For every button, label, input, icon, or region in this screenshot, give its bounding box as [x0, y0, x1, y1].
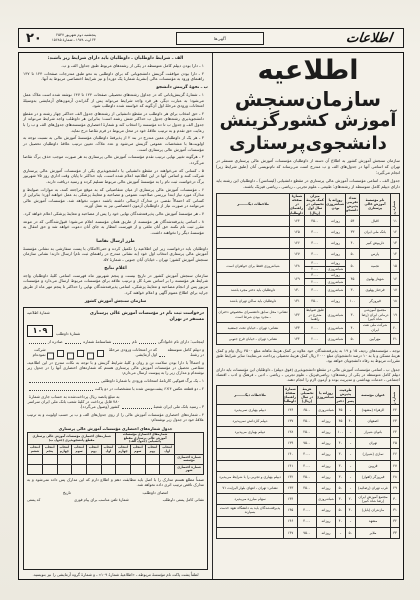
table-cell: نشانی: تهران ـ خیابان تخت جمشید	[217, 322, 290, 333]
table-cell: ۲۰۰۰	[305, 322, 326, 333]
table-cell: دیپلم کاردانش نمی‌پذیرد	[217, 415, 284, 426]
table-cell: ۱۷	[391, 285, 400, 296]
table-cell: ۲۴	[391, 427, 400, 438]
table-cell: ۳۰	[336, 460, 346, 471]
condition-item: ۱ ـ دارا بودن دیپلم کامل متوسطه در یکی ا…	[23, 63, 208, 69]
table-cell: ۱۲۷	[290, 249, 305, 260]
col-notes: ملاحظات دیگــــــــر	[217, 386, 284, 404]
table-a-note: توجه ـ مؤسسه‌های ردیف ۱۵ و ۱۹ به پذیرفته…	[216, 348, 400, 364]
col-type: روزانه یا شبانه‌روزی	[317, 386, 336, 404]
mini-empty-cell	[101, 454, 116, 464]
table-cell: ۱۲۵	[290, 227, 305, 238]
table-cell: ۴۰	[346, 505, 356, 516]
mini-empty-cell	[116, 464, 131, 474]
date-block: پنجشنبه دوم شهریور ۲۵۳۷ ۲۴ اوت ۱۹۷۸ ـ شم…	[52, 33, 96, 44]
table-cell: ۴۰	[336, 438, 346, 449]
table-cell: شرکت ملی نفت ایران	[360, 322, 391, 333]
table-cell	[217, 438, 284, 449]
table-cell: ۴۵۰۰	[305, 296, 326, 307]
table-row: ۲۵تهرانـ۴۰روزانه۷۵۰۰۱۳۹	[217, 438, 400, 449]
table-cell: ۱۴۱	[284, 460, 298, 471]
table-cell: فیروزگر (اهواز)	[356, 471, 391, 482]
table-cell: دیپلم بهیاری نمی‌پذیرد	[217, 404, 284, 415]
col-cost: هزینهٔ تحصیلی در سال (ریال)	[298, 386, 317, 404]
table-cell: ۴۰۰۰	[298, 460, 317, 471]
table-cell	[217, 238, 290, 249]
table-cell: ۳۰۰۰	[305, 249, 326, 260]
table-cell: ۱۱	[391, 216, 400, 227]
table-cell: ۳۰	[336, 471, 346, 482]
mini-choice-header: انتخاب چهارم	[116, 445, 131, 454]
org-title-line: آموزش کشورگزینش	[216, 112, 400, 131]
table-cell: قزوین	[356, 460, 391, 471]
mini-empty-cell	[42, 454, 57, 464]
attachment-label: به مبلغ پانصد ریال پرداخت‌شده به حساب جا…	[27, 394, 120, 410]
table-cell: پذیرفته‌شدگان باید به دانشگاه تعهد خدمت …	[217, 505, 284, 516]
candidate-number-cell	[57, 350, 64, 357]
form-title: درخواست ثبت نام در مؤسسات آموزش عالی پرس…	[84, 311, 204, 322]
attachment-label: ۲ ـ دو قطعه عکس ۴×۶ پشت‌نویس شده با مشخص…	[95, 386, 204, 391]
mini-empty-cell	[57, 454, 72, 464]
table-cell: ۴۵۰۰	[305, 216, 326, 227]
col-notes: ملاحظات دیگــــــــر	[217, 193, 290, 216]
table-row: ۱۴پارس۵۰روزانه۳۰۰۰۱۲۷	[217, 249, 400, 260]
table-cell: ۳۰۰۰	[305, 285, 326, 296]
table-cell: ۲۸	[391, 471, 400, 482]
table-cell: ۱۳۶	[284, 404, 298, 415]
table-cell: ۱۳۲	[290, 307, 305, 322]
table-cell: ۴۵	[336, 415, 346, 426]
table-cell: ـ	[346, 483, 356, 494]
postal-code-label: کد پستی	[27, 498, 40, 503]
address-row: نشانی کامل پستی داوطلب شمارهٔ تلفن مناسب…	[27, 498, 204, 503]
mini-choice-header: انتخاب دوم	[145, 445, 160, 454]
table-cell: ۳۰۰۰۲۰۰۰	[305, 260, 326, 273]
form-closing-paragraph: ضمناً مطلع هستم مدارک را با اصل باید مطا…	[27, 477, 204, 488]
table-cell: ـ	[346, 471, 356, 482]
col-type: روزانه یا شبانه‌روزی بودن	[326, 193, 346, 216]
table-cell: ۷۵۰۰	[298, 438, 317, 449]
table-cell: الزهراء (مشهد)	[356, 404, 391, 415]
table-cell: ۱۶	[391, 272, 400, 285]
date-line-2: ۲۴ اوت ۱۹۷۸ ـ شمارهٔ ۱۵۶۸۵	[52, 38, 96, 43]
table-cell: ۲۵۰۰	[298, 427, 317, 438]
table-cell: روزانه	[317, 415, 336, 426]
mini-empty-cell	[28, 464, 43, 474]
table-cell: ۳۳	[346, 227, 360, 238]
attachment-item: ۳ ـ رسید بانک ملی ایران شعبهٔ به مبلغ پا…	[27, 394, 204, 410]
form-paragraph: و احتمالاً با دارا بودن سلامت تن و روان …	[27, 360, 204, 376]
table-row: ۳۰مجتمع آموزش ایران (رضا شاه کبیر)۲۰۳۰شب…	[217, 494, 400, 505]
candidate-number-cell	[97, 350, 104, 357]
table-b-header: شمارهٔ ردیف عنوان مؤسسه ظرفیت پذیرش روزا…	[217, 386, 400, 404]
table-cell: دیپلم بهیاری و تجربی را با شرایط می‌پذیر…	[217, 471, 284, 482]
conditions-heading: الف ـ شرایط داوطلبان ـ داوطلبان باید دار…	[23, 56, 208, 61]
field-label: و دیپلم کامل متوسطه در رشتهٔ	[167, 347, 204, 357]
table-cell: ۱۳۳	[290, 322, 305, 333]
col-boys: پسر	[346, 397, 356, 404]
table-cell: ۷۵۰۰	[298, 527, 317, 538]
table-cell: روزانه	[317, 449, 336, 460]
table-cell: روزانه	[317, 427, 336, 438]
table-row: ۱۹مجتمع آموزشی درمانی ایران (رضا شاه کبی…	[217, 307, 400, 322]
table-cell: روزانه	[317, 483, 336, 494]
candidate-number-cell	[77, 350, 84, 357]
table-cell: ۱۳۷	[284, 415, 298, 426]
mini-choice-header: انتخاب اول	[101, 445, 116, 454]
table-cell: روزانه	[317, 516, 336, 527]
table-cell: ۲۰۰۰	[305, 333, 326, 344]
table-cell: نشانی: محل سابق دانشسرای مخصوص دختران ـ …	[217, 307, 290, 322]
table-cell: ۱۴۷	[284, 527, 298, 538]
col-capacity-group: ظرفیت پذیرش	[336, 386, 356, 398]
mini-empty-cell	[86, 454, 101, 464]
table-cell	[217, 216, 290, 227]
table-b: شمارهٔ ردیف عنوان مؤسسه ظرفیت پذیرش روزا…	[216, 385, 400, 536]
selection-item: ۳ ـ هر یک از داوطلبان معین مندرج در بند …	[23, 135, 208, 152]
table-cell: ۱۴	[391, 249, 400, 260]
mini-empty-cell	[86, 464, 101, 474]
table-cell: ۱۹	[391, 307, 400, 322]
table-cell: فرحناز پهلوی	[360, 285, 391, 296]
notice-number-label: شمارهٔ اطلاعیه	[27, 311, 50, 316]
table-cell: طبق ضوابط مندرج در راهنما	[305, 307, 326, 322]
table-cell: ۱۲۸	[290, 260, 305, 273]
table-cell: روزانه	[326, 249, 346, 260]
mini-group-header: شماره‌های اختصاری مؤسسات آموزش عالی پرست…	[116, 432, 175, 445]
col-count: تعداد تقریبی پذیرش دانشجو	[346, 193, 360, 216]
form-diploma-line: و دیپلم کامل متوسطه در رشتهٔ که در امتحا…	[27, 347, 204, 357]
table-cell: ۴۵۰۰	[298, 483, 317, 494]
col-cost: میزان کمک هزینهٔ تحصیلی در سال اول (ریال…	[305, 193, 326, 216]
table-row: ۲۶نمازی (شیراز)ـ۳۰روزانه۴۰۰۰۱۴۰	[217, 449, 400, 460]
attachment-item: ۱ ـ یک برگ فتوکپی کارنامهٔ امتحانات ورود…	[27, 378, 204, 383]
mini-choice-header: انتخاب اول	[160, 445, 175, 454]
col-institution: نام مؤسسهٔ آموزش عالی پرستاری	[360, 193, 391, 216]
table-cell: ۱۲	[391, 227, 400, 238]
table-a-intro: جدول الف ـ اسامی مؤسسات آموزش عالی پرستا…	[216, 178, 400, 189]
mini-choice-header: انتخاب پنجم	[42, 445, 57, 454]
organization-signature: سازمان سنجش آموزش کشور	[23, 298, 208, 303]
mini-empty-cell	[101, 464, 116, 474]
table-cell: ملایر	[356, 527, 391, 538]
table-cell: ۳۳	[391, 527, 400, 538]
table-cell: ۳۰	[336, 494, 346, 505]
table-cell: ۵۰	[346, 333, 360, 344]
newspaper-logo: اطلاعات	[339, 31, 399, 46]
table-cell: روزانهشبانه‌روزی	[326, 260, 346, 273]
table-cell: ۲۵	[391, 438, 400, 449]
table-cell	[217, 249, 290, 260]
table-cell: روزانه	[317, 505, 336, 516]
table-cell: ۱۴۳	[284, 483, 298, 494]
col-page: شمارهٔ صفحهٔ راهنمای داوطلبان	[284, 386, 298, 404]
mini-empty-cell	[72, 454, 87, 464]
table-cell: ۵۰	[346, 260, 360, 273]
table-row: ۱۳داریوش کبیر۴۰روزانه۳۰۰۰۱۲۶	[217, 238, 400, 249]
col-institution: عنوان مؤسسه	[356, 386, 391, 404]
table-cell: روزانه	[326, 238, 346, 249]
table-cell: ۴۰	[336, 516, 346, 527]
table-row: ۳۱مازندران (بابل)۴۰۵۰روزانه۴۰۰۰۱۴۵پذیرفت…	[217, 505, 400, 516]
selection-heading: ب ـ نحوهٔ گزینش دانشجو	[23, 85, 208, 90]
send-heading: طرز ارسال تقاضا	[23, 239, 208, 244]
signature-row: امضای داوطلب تاریخ	[27, 490, 204, 495]
table-cell: غرب تهران (رضائیه)	[356, 483, 391, 494]
col-page: شمارهٔ صفحه در راهنمای داوطلبان	[290, 193, 305, 216]
table-row: ۲۳اصفهان۴۰۴۵روزانه۴۵۰۰۱۳۷دیپلم کاردانش ن…	[217, 415, 400, 426]
table-cell: ۳۲	[391, 516, 400, 527]
send-paragraph: داوطلبان باید درخواست زیر این اطلاعیه را…	[23, 246, 208, 263]
attachment-item: ۲ ـ دو قطعه عکس ۴×۶ پشت‌نویس شده با مشخص…	[27, 386, 204, 391]
table-cell: ۵۰	[336, 505, 346, 516]
newspaper-page: { "header": { "page_no": "۲۰", "date_lin…	[0, 0, 420, 600]
abbreviation-table-title: جدول شماره‌های اختصاری مؤسسات آموزش عالی…	[27, 426, 204, 431]
table-cell: ۱۴۰	[284, 449, 298, 460]
table-cell: داوطلبان باید دختر مجرد باشند	[217, 285, 290, 296]
table-cell: ۲۷	[391, 460, 400, 471]
application-form: درخواست ثبت نام در مؤسسات آموزش عالی پرس…	[23, 307, 208, 570]
table-cell: ـ	[346, 516, 356, 527]
abbreviation-table-section: جدول شماره‌های اختصاری مؤسسات آموزش عالی…	[27, 426, 204, 475]
mini-empty-cell	[130, 454, 145, 464]
table-cell: ۵۰	[346, 527, 356, 538]
ads-label-box: آگهی‌ها	[176, 32, 264, 45]
table-cell: ـ	[346, 449, 356, 460]
table-cell: ۱۸	[391, 296, 400, 307]
table-cell: ۲۳	[391, 415, 400, 426]
page-number: ۲۰	[26, 31, 42, 46]
field-label: اینجانب: دارای نام خانوادگی	[158, 339, 204, 344]
field-label: شناسنامهٔ شماره	[83, 339, 111, 344]
org-title-line: دانشجوی‌پرستاری	[216, 134, 400, 154]
table-cell: مجتمع آموزش ایران (رضا شاه کبیر)	[356, 494, 391, 505]
field-label: شرکت نموده‌ام	[27, 347, 46, 357]
mini-empty-cell	[57, 464, 72, 474]
results-paragraph: سازمان سنجش آموزش کشور در تاریخ بیست و پ…	[23, 273, 208, 296]
table-cell: ۱۴۲	[284, 471, 298, 482]
mini-table: شماره‌های اختصاری مؤسسات آموزش عالی پرست…	[27, 432, 204, 475]
notice-title: اطلاعیه	[216, 57, 400, 85]
table-row: ۱۵نجمیه۵۰روزانهشبانه‌روزی۳۰۰۰۲۰۰۰۱۲۸شبان…	[217, 260, 400, 273]
table-cell: اصفهان	[356, 415, 391, 426]
condition-item: ۲ ـ دارا بودن موافقت گزینش دانشجویانی که…	[23, 71, 208, 82]
table-cell: ۱۳۱	[290, 296, 305, 307]
table-cell: ۲۰	[391, 322, 400, 333]
table-cell	[217, 460, 284, 471]
table-cell: فیروزگر	[360, 296, 391, 307]
table-cell: ۴۰	[346, 238, 360, 249]
table-cell: ۴۰۰۰	[298, 449, 317, 460]
left-column: الف ـ شرایط داوطلبان ـ داوطلبان باید دار…	[19, 53, 212, 579]
attachment-label: ۱ ـ یک برگ فتوکپی کارنامهٔ امتحانات ورود…	[101, 378, 204, 383]
table-cell: روزانه	[326, 296, 346, 307]
selection-item: ۷ ـ هر مؤسسهٔ آموزش عالی پذیرفته‌شدگان ن…	[23, 211, 208, 217]
table-cell: روزانهشبانه‌روزی	[326, 272, 346, 285]
mini-empty-cell	[116, 454, 131, 464]
col-row-number: شمارهٔ ردیف	[391, 386, 400, 404]
mini-empty-cell	[145, 454, 160, 464]
right-column: اطلاعیه سازمان‌سنجش آموزش کشورگزینش دانش…	[212, 53, 403, 579]
selection-item: ۲ ـ حق انتخاب برای هر داوطلب در مقطع دان…	[23, 111, 208, 134]
table-cell: ـ	[346, 427, 356, 438]
date-label: تاریخ	[63, 490, 71, 495]
table-cell: شبانه‌روزی	[317, 404, 336, 415]
table-cell: مجتمع آموزشی درمانی ایران (رضا شاه کبیر)	[360, 307, 391, 322]
table-row: ۱۸فیروزگر۱۰۰روزانه۴۵۰۰۱۳۱داوطلبان باید س…	[217, 296, 400, 307]
table-cell: ۱۲۹	[290, 272, 305, 285]
table-cell: ۲۰	[346, 494, 356, 505]
mini-empty-cell	[160, 464, 175, 474]
form-item-4: ۴ ـ شماره‌های اختصاری مؤسسات آموزش عالی …	[27, 412, 204, 423]
col-girls: دختر	[336, 397, 346, 404]
table-cell: شهناز پهلوی	[360, 272, 391, 285]
table-cell: روزانه	[326, 216, 346, 227]
form-fields-line: اینجانب: دارای نام خانوادگی نام شناسنامه…	[27, 339, 204, 344]
table-cell: ـ	[346, 404, 356, 415]
table-cell	[298, 494, 317, 505]
table-cell: ۱۲۶	[290, 238, 305, 249]
table-row: ۲۱مهرآیین۵۰شبانه‌روزی۲۰۰۰۱۳۴نشانی: تهران…	[217, 333, 400, 344]
table-row: ۱۷فرحناز پهلوی۳۰شبانه‌روزی۳۰۰۰۱۳۰داوطلبا…	[217, 285, 400, 296]
mini-choice-header: انتخاب چهارم	[57, 445, 72, 454]
table-cell: روزانه	[317, 460, 336, 471]
table-cell: ۲۲	[391, 404, 400, 415]
table-cell: شبانه‌روزی	[326, 285, 346, 296]
header-bar: اطلاعات آگهی‌ها پنجشنبه دوم شهریور ۲۵۳۷ …	[18, 28, 404, 48]
mini-empty-cell	[145, 464, 160, 474]
table-cell: داریوش کبیر	[360, 238, 391, 249]
mini-choice-header: انتخاب سوم	[72, 445, 87, 454]
table-cell: اقبال	[360, 216, 391, 227]
table-cell: پارس	[360, 249, 391, 260]
table-cell: نشانی: تهران ـ خیابان فرح جنوبی	[217, 333, 290, 344]
table-cell: ۴۵	[346, 272, 360, 285]
org-title-line: سازمان‌سنجش	[216, 88, 400, 110]
table-cell: ۳۰	[336, 449, 346, 460]
table-row: ۳۳ملایر۵۰ـروزانه۷۵۰۰۱۴۷	[217, 527, 400, 538]
table-cell: ۱۴۴	[284, 494, 298, 505]
table-cell: تهران	[356, 438, 391, 449]
table-row: ۲۷قزوینـ۳۰روزانه۴۰۰۰۱۴۱	[217, 460, 400, 471]
table-cell: ـ	[336, 527, 346, 538]
table-cell: ۱۴۵	[284, 505, 298, 516]
mini-empty-cell	[160, 454, 175, 464]
table-cell: روزانه	[317, 527, 336, 538]
table-row: ۲۴بانوان شیرازـ۱۰۰روزانه۲۵۰۰۱۳۸دیپلم بهی…	[217, 427, 400, 438]
results-heading: اعلام نتایج	[23, 266, 208, 271]
selection-item: ۶ ـ مؤسسات آموزش عالی پرستاری از میان مت…	[23, 187, 208, 210]
table-cell: ۴۵۰۰	[298, 415, 317, 426]
table-cell: ۵۴	[346, 216, 360, 227]
mini-empty-cell	[72, 464, 87, 474]
mini-table-row: شمارهٔ اختصاری مؤسسه	[28, 454, 204, 464]
table-cell: ۶۵۰۰	[298, 404, 317, 415]
mini-group-header: شماره‌های اختصاری مؤسسات آموزش عالی پرست…	[28, 432, 116, 445]
mini-choice-header: انتخاب ششم	[28, 445, 43, 454]
table-cell	[217, 272, 290, 285]
table-cell: روزانه	[317, 471, 336, 482]
field-label: که در امتحانات ورودی مرحلهٔ اول آزمایشی	[106, 347, 158, 357]
table-row: ۲۸فیروزگر (اهواز)ـ۳۰روزانه۴۵۰۰۱۴۲دیپلم ب…	[217, 471, 400, 482]
address-label: نشانی کامل پستی داوطلب	[163, 498, 204, 503]
table-cell: ۴۵	[336, 404, 346, 415]
notice-number-box: ۱۰۹	[27, 325, 53, 337]
table-cell: ۴۰	[346, 415, 356, 426]
table-cell: ۱۴۶	[284, 516, 298, 527]
field-label: صادره از	[48, 339, 63, 344]
table-cell: ۴۰۰۰	[298, 505, 317, 516]
table-row: ۱۲بانک ملی ایران۳۳روزانه۳۰۰۰۱۲۵	[217, 227, 400, 238]
table-cell: شبانه‌روزی	[326, 333, 346, 344]
mini-corner-cell	[175, 432, 204, 454]
table-cell: ۳۰	[346, 307, 360, 322]
table-cell: دیپلم بهیاری می‌پذیرد	[217, 427, 284, 438]
intro-paragraph: سازمان سنجش آموزش کشور به اطلاع آن دسته …	[216, 158, 400, 175]
table-cell: ۲۱	[391, 333, 400, 344]
table-cell: ۱۵	[391, 260, 400, 273]
table-row: ۲۲الزهراء (مشهد)ـ۴۵شبانه‌روزی۶۵۰۰۱۳۶دیپل…	[217, 404, 400, 415]
notice-main-box: اطلاعیه سازمان‌سنجش آموزش کشورگزینش دانش…	[18, 52, 404, 580]
table-cell: مازندران (بابل)	[356, 505, 391, 516]
table-cell: شبانه‌روزی	[326, 307, 346, 322]
table-cell: ۳۰۰۰۲۰۰۰	[305, 272, 326, 285]
table-row: ۲۰شرکت ملی نفت ایران۴۰شبانه‌روزی۲۰۰۰۱۳۳ن…	[217, 322, 400, 333]
table-cell: ۲۹	[391, 483, 400, 494]
table-cell: ۳۰۰۰	[305, 227, 326, 238]
ads-label: آگهی‌ها	[214, 36, 226, 41]
table-cell: شبانه‌روزی	[317, 494, 336, 505]
table-cell: روزانه	[326, 227, 346, 238]
table-cell: نشانی: تهران ـ انتهای بلوار الیزابت ۷۱	[217, 483, 284, 494]
table-a-header: شمارهٔ ردیف نام مؤسسهٔ آموزش عالی پرستار…	[217, 193, 400, 216]
table-cell: ۳۰	[346, 285, 360, 296]
table-a: شمارهٔ ردیف نام مؤسسهٔ آموزش عالی پرستار…	[216, 193, 400, 345]
footnote: لطفاً پشت پاکت نام مؤسسهٔ مربوطه ـ «اطلا…	[23, 572, 208, 577]
table-cell: ـ	[346, 460, 356, 471]
table-row: ۱۶شهناز پهلوی۴۵روزانهشبانه‌روزی۳۰۰۰۲۰۰۰۱…	[217, 272, 400, 285]
table-cell	[217, 227, 290, 238]
table-row: ۱۱اقبال۵۴روزانه۴۵۰۰۱۲۴	[217, 216, 400, 227]
attachment-label: ۳ ـ رسید بانک ملی ایران شعبهٔ	[154, 404, 205, 409]
candidate-number-cell	[67, 353, 74, 360]
table-cell: ۱۳	[391, 238, 400, 249]
mini-choice-header: انتخاب سوم	[130, 445, 145, 454]
table-cell: شبانه‌روزی فقط برای خواهران است	[217, 260, 290, 273]
candidate-signature-label: امضای داوطلب	[143, 490, 169, 495]
table-cell: داوطلبان باید ساکن تهران باشند	[217, 296, 290, 307]
table-cell: ۲۶	[391, 449, 400, 460]
candidate-number-label: شمارهٔ داوطلب	[56, 332, 80, 337]
table-cell: روزانه	[317, 438, 336, 449]
table-cell: ۵۰	[346, 249, 360, 260]
selection-item: ۸ ـ اسامی پذیرفته‌شدگان هر مؤسسه از طریق…	[23, 219, 208, 236]
table-cell: ۳۱	[391, 505, 400, 516]
selection-item: ۱ ـ شمارهٔ گزینش‌یابانی که در جداول رشته…	[23, 92, 208, 109]
table-cell: ۱۳۹	[284, 438, 298, 449]
table-cell: ۱۲۴	[290, 216, 305, 227]
table-cell: نجمیه	[360, 260, 391, 273]
table-cell: ـ	[346, 438, 356, 449]
table-cell: نمازی (شیراز)	[356, 449, 391, 460]
table-cell: ۴۰۰۰	[298, 516, 317, 527]
mini-choice-header: انتخاب دوم	[86, 445, 101, 454]
mini-empty-cell	[28, 454, 43, 464]
table-cell	[217, 449, 284, 460]
mini-row-label: شمارهٔ اختصاری مؤسسه	[175, 454, 204, 464]
table-row: ۲۹غرب تهران (رضائیه)ـ۵۰روزانه۴۵۰۰۱۴۳نشان…	[217, 483, 400, 494]
table-b-intro: جدول ب ـ اسامی مؤسسات آموزش عالی در مقطع…	[216, 367, 400, 383]
